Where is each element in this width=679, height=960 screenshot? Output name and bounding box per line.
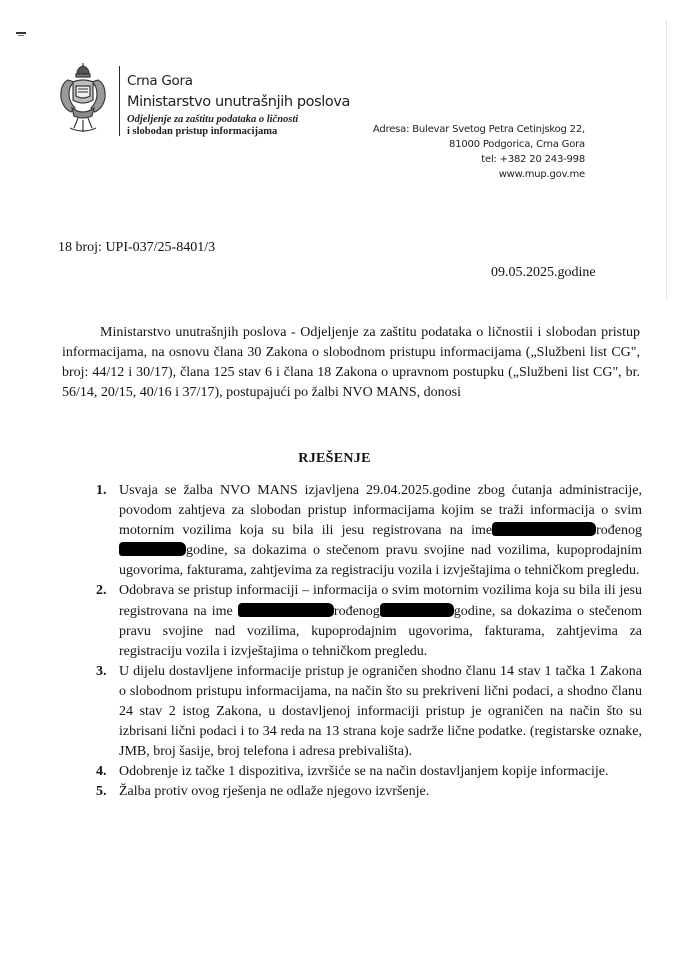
item-text: godine, sa dokazima o stečenom pravu svo… (119, 543, 642, 578)
decision-item-3: 3. U dijelu dostavljene informacije pris… (96, 662, 642, 762)
montenegro-coat-of-arms-icon (58, 62, 108, 136)
item-text: Odobrenje iz tačke 1 dispozitiva, izvrši… (119, 764, 608, 779)
decision-item-1: 1. Usvaja se žalba NVO MANS izjavljena 2… (96, 481, 642, 581)
decision-item-5: 5. Žalba protiv ovog rješenja ne odlaže … (96, 782, 642, 802)
scan-mark (18, 35, 24, 36)
item-number: 5. (96, 782, 107, 802)
item-text: rođenog (334, 604, 380, 619)
decision-item-2: 2. Odobrava se pristup informaciji – inf… (96, 581, 642, 661)
decision-item-4: 4. Odobrenje iz tačke 1 dispozitiva, izv… (96, 762, 642, 782)
letterhead-divider (119, 66, 120, 136)
decision-title-text: RJEŠENJE (298, 451, 370, 466)
item-number: 4. (96, 762, 107, 782)
address-city: 81000 Podgorica, Crna Gora (449, 139, 585, 150)
item-number: 2. (96, 581, 107, 601)
ministry-name: Ministarstvo unutrašnjih poslova (127, 94, 350, 110)
item-text: rođenog (596, 523, 642, 538)
address-phone: tel: +382 20 243-998 (481, 154, 585, 165)
document-date: 09.05.2025.godine (491, 265, 596, 281)
reference-number: 18 broj: UPI-037/25-8401/3 (58, 240, 215, 256)
intro-paragraph: Ministarstvo unutrašnjih poslova - Odjel… (62, 323, 640, 403)
redaction-block (380, 603, 454, 617)
department-name-line2: i slobodan pristup informacijama (127, 126, 277, 138)
address-street: Adresa: Bulevar Svetog Petra Cetinjskog … (373, 124, 585, 135)
department-name-line1: Odjeljenje za zaštitu podataka o ličnost… (127, 114, 298, 126)
scan-mark (16, 32, 26, 34)
decision-title: RJEŠENJE (0, 451, 679, 467)
item-number: 3. (96, 662, 107, 682)
redaction-block (492, 522, 596, 536)
scan-edge-artifact (666, 20, 668, 300)
item-text: Žalba protiv ovog rješenja ne odlaže nje… (119, 784, 429, 799)
redaction-block (119, 542, 186, 556)
country-name: Crna Gora (127, 73, 193, 89)
redaction-block (238, 603, 334, 617)
intro-text: Ministarstvo unutrašnjih poslova - Odjel… (62, 323, 640, 403)
item-text: U dijelu dostavljene informacije pristup… (119, 664, 642, 759)
address-website: www.mup.gov.me (499, 169, 585, 180)
item-number: 1. (96, 481, 107, 501)
decision-items: 1. Usvaja se žalba NVO MANS izjavljena 2… (96, 481, 642, 803)
